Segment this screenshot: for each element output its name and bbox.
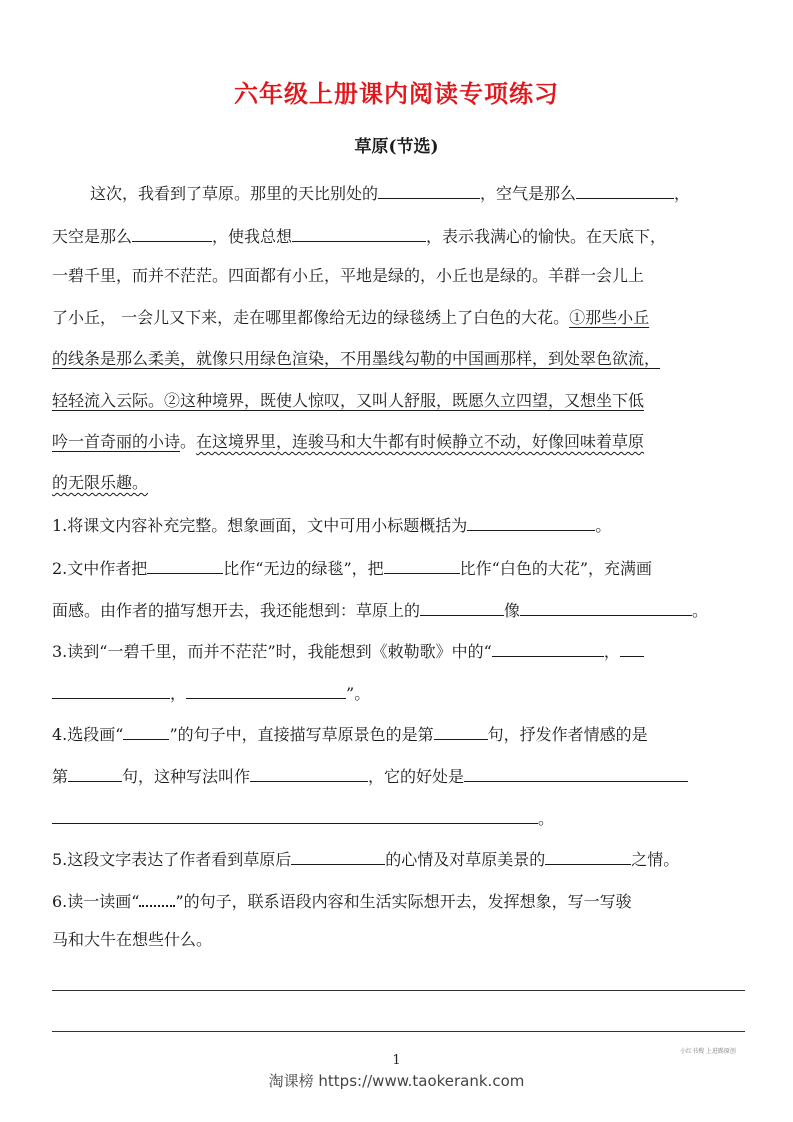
answer-line-2[interactable]: [52, 1031, 745, 1032]
answer-blank[interactable]: [378, 180, 480, 199]
answer-blank[interactable]: [492, 638, 604, 657]
passage-line-1: 这次，我看到了草原。那里的天比别处的，空气是那么，: [90, 180, 745, 204]
text: 了小丘， 一会儿又下来，走在哪里都像给无边的绿毯绣上了白色的大花。: [52, 308, 569, 327]
question-4-cont-2: 。: [52, 805, 745, 829]
question-3-cont: ，”。: [52, 680, 745, 704]
answer-blank[interactable]: [147, 555, 223, 574]
passage-line-3: 一碧千里，而并不茫茫。四面都有小丘，平地是绿的，小丘也是绿的。羊群一会儿上: [52, 264, 745, 288]
answer-blank[interactable]: [292, 223, 426, 242]
text: ”的句子中，直接描写草原景色的是第: [169, 725, 433, 744]
answer-blank[interactable]: [52, 805, 538, 824]
answer-blank[interactable]: [291, 846, 385, 865]
question-2-cont: 面感。由作者的描写想开去，我还能想到：草原上的像。: [52, 597, 745, 621]
passage-title: 草原(节选): [0, 132, 793, 157]
text: 。: [692, 601, 708, 620]
question-4: 4.选段画“”的句子中，直接描写草原景色的是第句，抒发作者情感的是: [52, 721, 745, 745]
question-6-cont: 马和大牛在想些什么。: [52, 928, 745, 952]
question-4-cont: 第句，这种写法叫作，它的好处是: [52, 763, 745, 787]
passage-line-5: 的线条是那么柔美，就像只用绿色渲染，不用墨线勾勒的中国画那样，到处翠色欲流，: [52, 347, 745, 371]
answer-blank[interactable]: [186, 680, 346, 699]
passage-line-7: 吟一首奇丽的小诗。在这境界里，连骏马和大牛都有时候静立不动，好像回味着草原: [52, 430, 745, 454]
answer-blank[interactable]: [620, 638, 644, 657]
passage-line-8: 的无限乐趣。: [52, 471, 148, 495]
underlined-sentence-1: ①那些小丘: [569, 308, 649, 327]
text: 5.这段文字表达了作者看到草原后: [52, 850, 291, 869]
underlined-sentence-2: 吟一首奇丽的小诗: [52, 432, 180, 451]
text: 天空是那么: [52, 227, 132, 246]
text: 。: [180, 432, 196, 451]
answer-blank[interactable]: [545, 846, 631, 865]
passage-line-2: 天空是那么，使我总想，表示我满心的愉快。在天底下，: [52, 223, 745, 247]
text: ，使我总想: [212, 227, 292, 246]
question-6: 6.读一读画“”的句子，联系语段内容和生活实际想开去，发挥想象，写一写骏: [52, 887, 745, 911]
text: 2.文中作者把: [52, 559, 147, 578]
passage-line-6: 轻轻流入云际。②这种境界，既使人惊叹，又叫人舒服，既愿久立四望，又想坐下低: [52, 389, 745, 413]
question-1: 1.将课文内容补充完整。想象画面，文中可用小标题概括为。: [52, 512, 745, 536]
text: 。: [538, 809, 554, 828]
answer-blank[interactable]: [250, 763, 368, 782]
underlined-sentence-2: ②这种境界，既使人惊叹，又叫人舒服，既愿久立四望，又想坐下低: [164, 391, 644, 410]
watermark: 淘课榜 https://www.taokerank.com: [0, 1070, 793, 1091]
answer-blank[interactable]: [464, 763, 688, 782]
answer-blank[interactable]: [132, 223, 212, 242]
answer-blank[interactable]: [576, 180, 674, 199]
text: 像: [504, 601, 520, 620]
text: 比作“无边的绿毯”，把: [223, 559, 383, 578]
text: 句，这种写法叫作: [122, 767, 250, 786]
underline-sample: [123, 721, 169, 740]
question-5: 5.这段文字表达了作者看到草原后的心情及对草原美景的之情。: [52, 846, 745, 870]
text: ，空气是那么: [480, 184, 576, 203]
text: 6.读一读画“: [52, 892, 139, 911]
question-3: 3.读到“一碧千里，而并不茫茫”时，我能想到《敕勒歌》中的“，: [52, 638, 745, 662]
text: ，它的好处是: [368, 767, 464, 786]
answer-blank[interactable]: [52, 680, 170, 699]
text: ”。: [346, 684, 370, 703]
text: 1.将课文内容补充完整。想象画面，文中可用小标题概括为: [52, 516, 467, 535]
question-2: 2.文中作者把比作“无边的绿毯”，把比作“白色的大花”，充满画: [52, 555, 745, 579]
text: 这次，我看到了草原。那里的天比别处的: [90, 184, 378, 203]
answer-blank[interactable]: [68, 763, 122, 782]
answer-line-1[interactable]: [52, 990, 745, 991]
passage-line-4: 了小丘， 一会儿又下来，走在哪里都像给无边的绿毯绣上了白色的大花。①那些小丘: [52, 306, 745, 330]
text: ，: [604, 642, 620, 661]
page-number: 1: [0, 1053, 793, 1068]
text: 4.选段画“: [52, 725, 123, 744]
text: 句，抒发作者情感的是: [488, 725, 648, 744]
text: 3.读到“一碧千里，而并不茫茫”时，我能想到《敕勒歌》中的“: [52, 642, 492, 661]
answer-blank[interactable]: [520, 597, 692, 616]
underlined-sentence-1: 轻轻流入云际。: [52, 391, 164, 410]
text: 比作“白色的大花”，充满画: [460, 559, 652, 578]
text: ，表示我满心的愉快。在天底下，: [426, 227, 666, 246]
text: 的心情及对草原美景的: [385, 850, 545, 869]
wavy-sentence: 在这境界里，连骏马和大牛都有时候静立不动，好像回味着草原: [196, 432, 644, 451]
text: 。: [595, 516, 611, 535]
answer-blank[interactable]: [467, 512, 595, 531]
text: 面感。由作者的描写想开去，我还能想到：草原上的: [52, 601, 420, 620]
text: ”的句子，联系语段内容和生活实际想开去，发挥想象，写一写骏: [175, 892, 631, 911]
answer-blank[interactable]: [434, 721, 488, 740]
text: ，: [674, 184, 690, 203]
text: 之情。: [631, 850, 679, 869]
text: ，: [170, 684, 186, 703]
text: 第: [52, 767, 68, 786]
wavy-underline-sample: [139, 887, 175, 907]
page-title: 六年级上册课内阅读专项练习: [0, 74, 793, 109]
answer-blank[interactable]: [420, 597, 504, 616]
answer-blank[interactable]: [384, 555, 460, 574]
